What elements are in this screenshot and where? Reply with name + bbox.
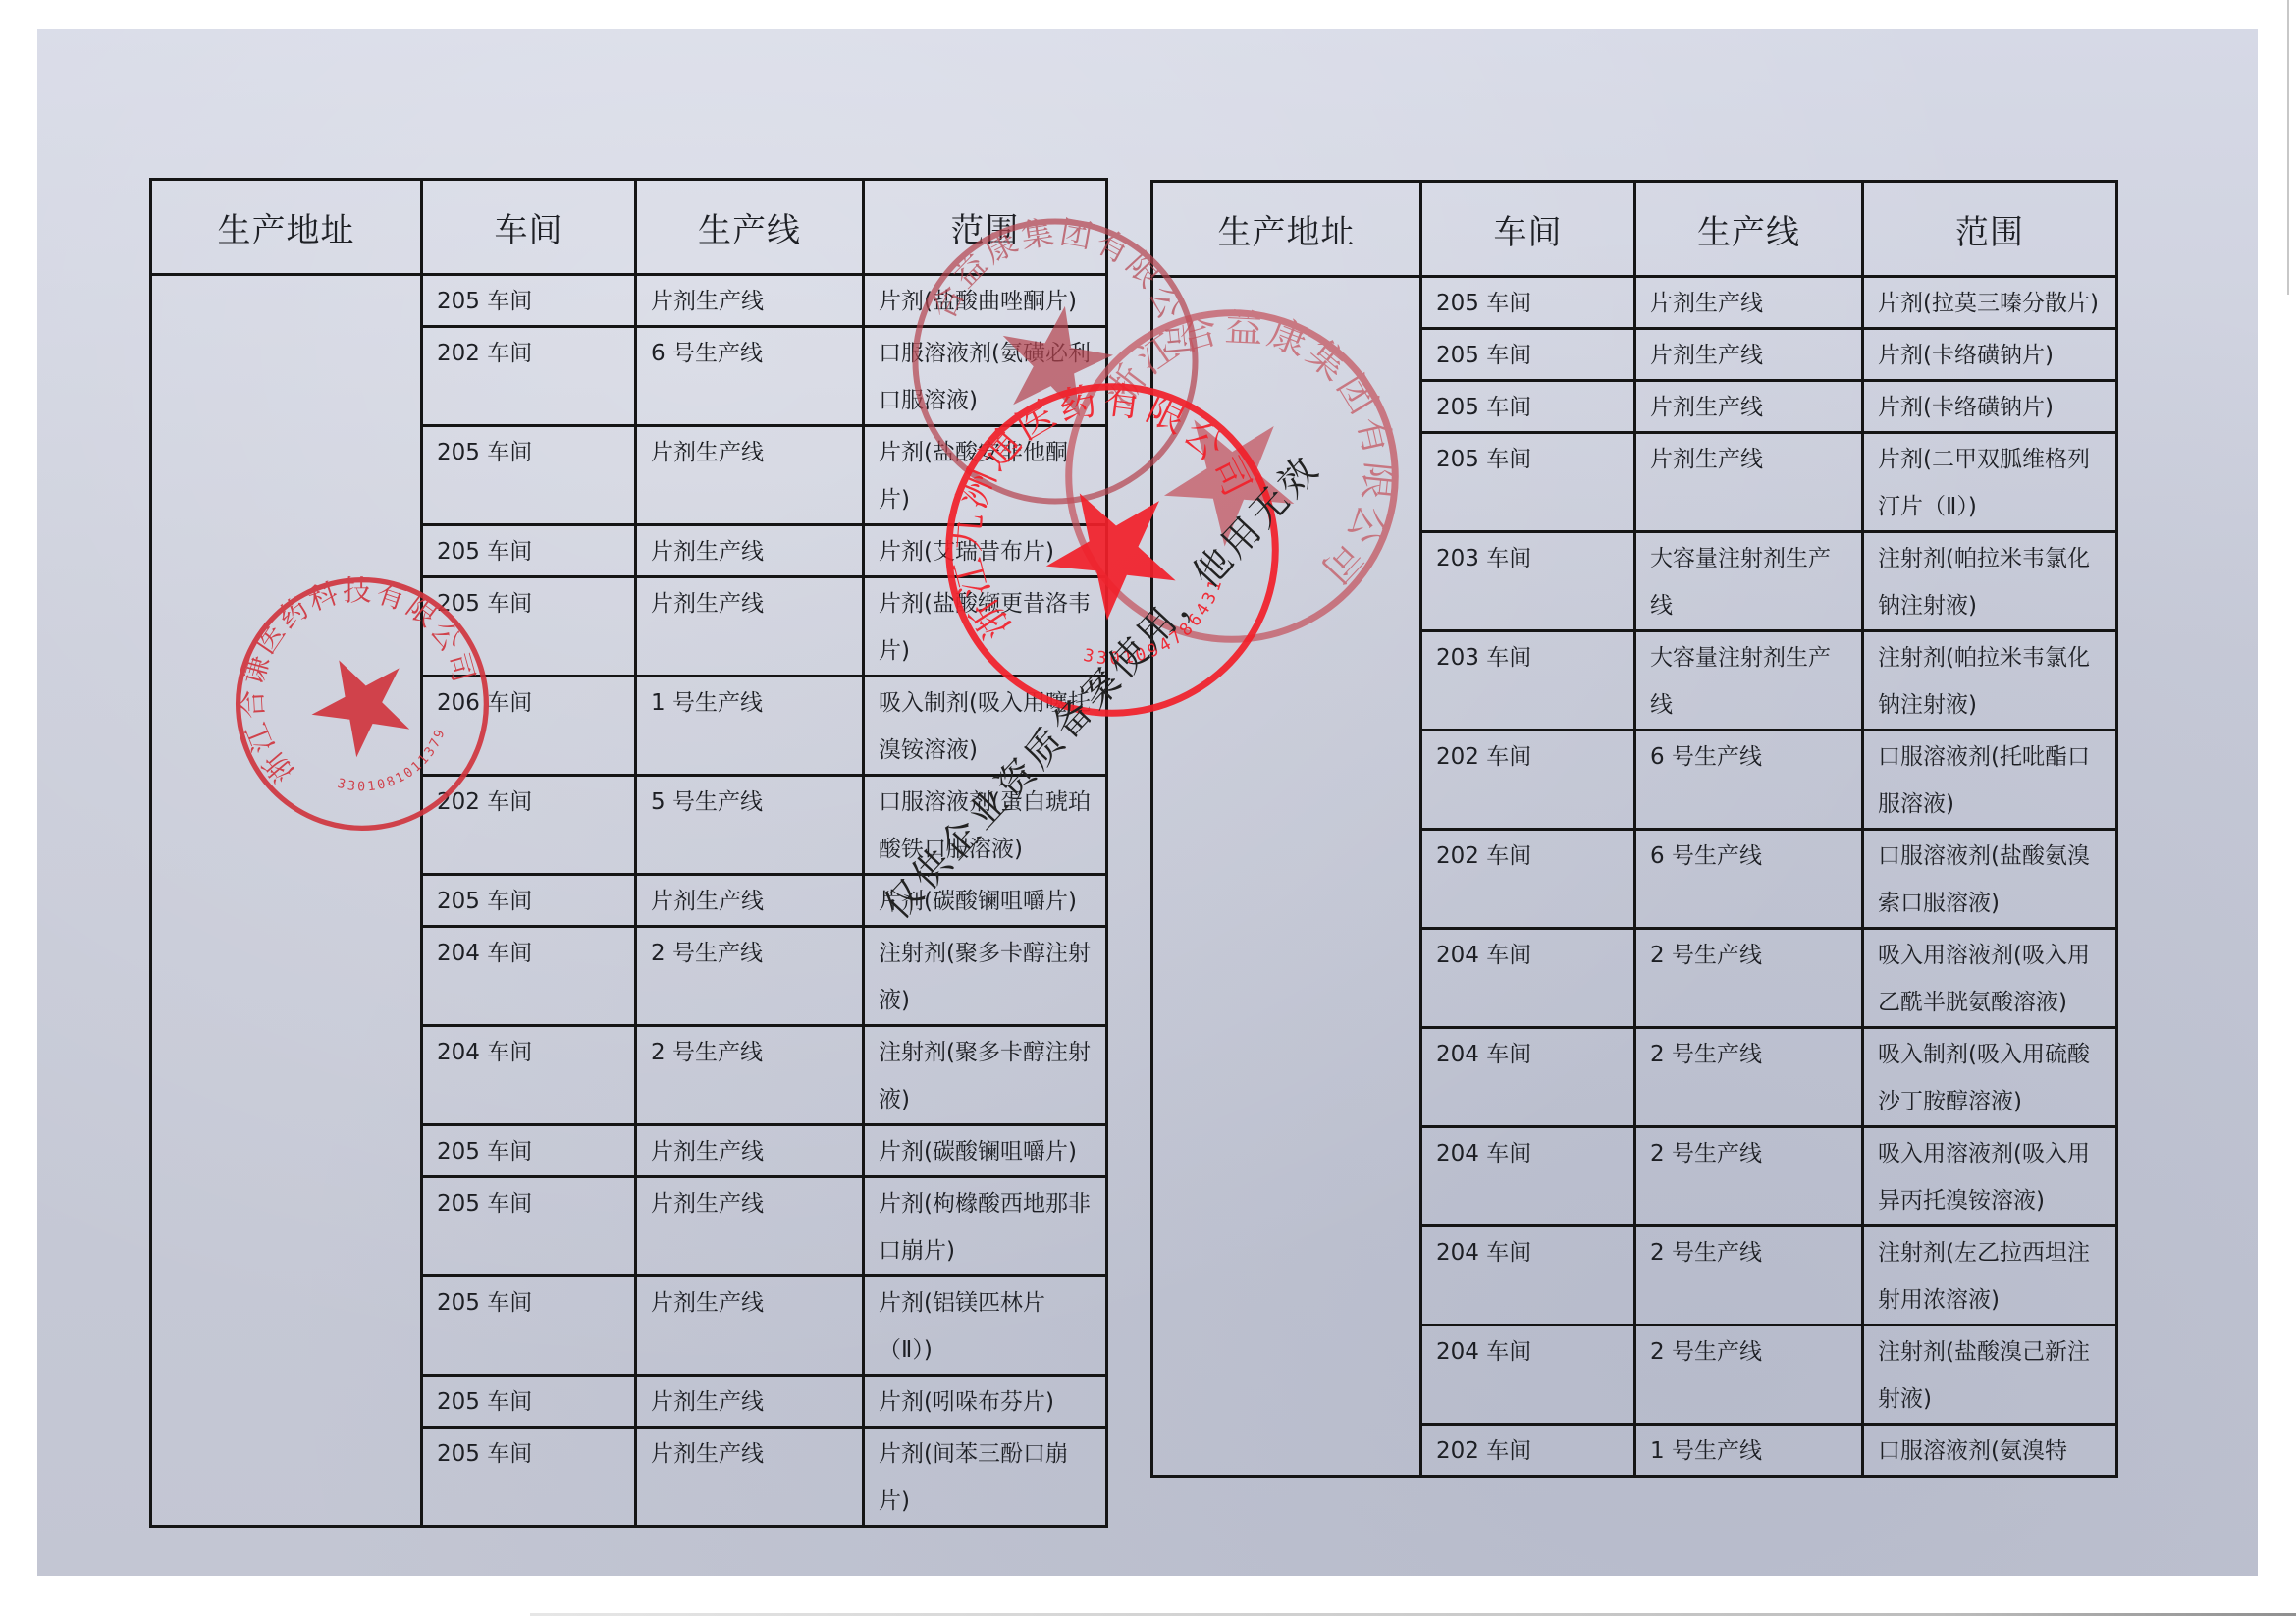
- workshop-cell: 204 车间: [1421, 1226, 1635, 1326]
- workshop-cell: 202 车间: [1421, 731, 1635, 830]
- workshop-cell: 205 车间: [422, 1125, 636, 1177]
- table-header-row: 生产地址 车间 生产线 范围: [151, 180, 1107, 275]
- production-scope-table-left: 生产地址 车间 生产线 范围 205 车间片剂生产线片剂(盐酸曲唑酮片)202 …: [149, 178, 1108, 1528]
- scope-cell: 口服溶液剂(蛋白琥珀酸铁口服溶液): [864, 776, 1107, 875]
- scope-cell: 注射剂(聚多卡醇注射液): [864, 1026, 1107, 1125]
- workshop-cell: 204 车间: [1421, 1028, 1635, 1127]
- workshop-cell: 204 车间: [1421, 1127, 1635, 1226]
- scope-cell: 吸入用溶液剂(吸入用乙酰半胱氨酸溶液): [1863, 929, 2117, 1028]
- scope-cell: 注射剂(左乙拉西坦注射用浓溶液): [1863, 1226, 2117, 1326]
- scope-cell: 口服溶液剂(氨磺必利口服溶液): [864, 327, 1107, 426]
- production-scope-table-right: 生产地址 车间 生产线 范围 205 车间片剂生产线片剂(拉莫三嗪分散片)205…: [1150, 180, 2118, 1478]
- scope-cell: 片剂(碳酸镧咀嚼片): [864, 1125, 1107, 1177]
- table-row: 205 车间片剂生产线片剂(拉莫三嗪分散片): [1152, 277, 2117, 329]
- scope-cell: 片剂(卡络磺钠片): [1863, 329, 2117, 381]
- production-line-cell: 片剂生产线: [636, 875, 864, 927]
- production-line-cell: 大容量注射剂生产线: [1635, 631, 1863, 731]
- scope-cell: 片剂(二甲双胍维格列汀片（Ⅱ）): [1863, 433, 2117, 532]
- scope-cell: 片剂(间苯三酚口崩片): [864, 1428, 1107, 1527]
- workshop-cell: 204 车间: [1421, 929, 1635, 1028]
- workshop-cell: 205 车间: [422, 525, 636, 577]
- scope-cell: 片剂(吲哚布芬片): [864, 1376, 1107, 1428]
- workshop-cell: 205 车间: [1421, 277, 1635, 329]
- workshop-cell: 202 车间: [422, 776, 636, 875]
- production-line-cell: 片剂生产线: [636, 1376, 864, 1428]
- header-scope: 范围: [864, 180, 1107, 275]
- production-line-cell: 片剂生产线: [636, 426, 864, 525]
- scan-bottom-edge: [530, 1613, 2296, 1616]
- production-line-cell: 2 号生产线: [1635, 1028, 1863, 1127]
- workshop-cell: 205 车间: [422, 275, 636, 327]
- workshop-cell: 202 车间: [422, 327, 636, 426]
- scope-cell: 片剂(碳酸镧咀嚼片): [864, 875, 1107, 927]
- scope-cell: 片剂(盐酸缬更昔洛韦片): [864, 577, 1107, 677]
- production-line-cell: 6 号生产线: [1635, 731, 1863, 830]
- production-line-cell: 片剂生产线: [1635, 433, 1863, 532]
- scope-cell: 片剂(盐酸安非他酮片): [864, 426, 1107, 525]
- scan-edge-line: [2287, 0, 2289, 295]
- production-line-cell: 2 号生产线: [1635, 1226, 1863, 1326]
- left-table-body: 205 车间片剂生产线片剂(盐酸曲唑酮片)202 车间6 号生产线口服溶液剂(氨…: [151, 275, 1107, 1527]
- workshop-cell: 205 车间: [422, 1177, 636, 1276]
- right-table-body: 205 车间片剂生产线片剂(拉莫三嗪分散片)205 车间片剂生产线片剂(卡络磺钠…: [1152, 277, 2117, 1477]
- header-production-line: 生产线: [1635, 182, 1863, 277]
- address-cell: [1152, 277, 1421, 1477]
- production-line-cell: 片剂生产线: [1635, 381, 1863, 433]
- header-address: 生产地址: [151, 180, 422, 275]
- scope-cell: 片剂(卡络磺钠片): [1863, 381, 2117, 433]
- workshop-cell: 203 车间: [1421, 631, 1635, 731]
- production-line-cell: 片剂生产线: [636, 1125, 864, 1177]
- production-line-cell: 6 号生产线: [636, 327, 864, 426]
- scope-cell: 吸入制剂(吸入用硫酸沙丁胺醇溶液): [1863, 1028, 2117, 1127]
- production-line-cell: 片剂生产线: [636, 525, 864, 577]
- header-address: 生产地址: [1152, 182, 1421, 277]
- scope-cell: 片剂(盐酸曲唑酮片): [864, 275, 1107, 327]
- scope-cell: 口服溶液剂(氨溴特: [1863, 1425, 2117, 1477]
- workshop-cell: 205 车间: [422, 1276, 636, 1376]
- production-line-cell: 片剂生产线: [636, 1177, 864, 1276]
- workshop-cell: 205 车间: [1421, 329, 1635, 381]
- table-header-row: 生产地址 车间 生产线 范围: [1152, 182, 2117, 277]
- header-workshop: 车间: [1421, 182, 1635, 277]
- workshop-cell: 205 车间: [422, 426, 636, 525]
- production-line-cell: 2 号生产线: [1635, 1326, 1863, 1425]
- workshop-cell: 205 车间: [422, 1428, 636, 1527]
- scope-cell: 注射剂(聚多卡醇注射液): [864, 927, 1107, 1026]
- production-line-cell: 片剂生产线: [1635, 277, 1863, 329]
- production-line-cell: 2 号生产线: [1635, 1127, 1863, 1226]
- workshop-cell: 204 车间: [1421, 1326, 1635, 1425]
- header-workshop: 车间: [422, 180, 636, 275]
- scope-cell: 片剂(铝镁匹林片（Ⅱ）): [864, 1276, 1107, 1376]
- workshop-cell: 205 车间: [422, 577, 636, 677]
- header-production-line: 生产线: [636, 180, 864, 275]
- scope-cell: 注射剂(帕拉米韦氯化钠注射液): [1863, 532, 2117, 631]
- production-line-cell: 片剂生产线: [1635, 329, 1863, 381]
- scope-cell: 注射剂(帕拉米韦氯化钠注射液): [1863, 631, 2117, 731]
- production-line-cell: 2 号生产线: [636, 927, 864, 1026]
- workshop-cell: 205 车间: [1421, 381, 1635, 433]
- workshop-cell: 206 车间: [422, 677, 636, 776]
- scope-cell: 片剂(枸橼酸西地那非口崩片): [864, 1177, 1107, 1276]
- production-line-cell: 片剂生产线: [636, 1428, 864, 1527]
- scope-cell: 口服溶液剂(托吡酯口服溶液): [1863, 731, 2117, 830]
- workshop-cell: 204 车间: [422, 1026, 636, 1125]
- workshop-cell: 205 车间: [422, 875, 636, 927]
- production-line-cell: 2 号生产线: [636, 1026, 864, 1125]
- table-row: 205 车间片剂生产线片剂(盐酸曲唑酮片): [151, 275, 1107, 327]
- workshop-cell: 205 车间: [1421, 433, 1635, 532]
- workshop-cell: 205 车间: [422, 1376, 636, 1428]
- workshop-cell: 204 车间: [422, 927, 636, 1026]
- scope-cell: 注射剂(盐酸溴己新注射液): [1863, 1326, 2117, 1425]
- workshop-cell: 202 车间: [1421, 830, 1635, 929]
- production-line-cell: 1 号生产线: [636, 677, 864, 776]
- production-line-cell: 5 号生产线: [636, 776, 864, 875]
- address-cell: [151, 275, 422, 1527]
- scope-cell: 吸入制剂(吸入用噻托溴铵溶液): [864, 677, 1107, 776]
- scope-cell: 片剂(拉莫三嗪分散片): [1863, 277, 2117, 329]
- production-line-cell: 片剂生产线: [636, 577, 864, 677]
- production-line-cell: 片剂生产线: [636, 275, 864, 327]
- scope-cell: 片剂(艾瑞昔布片): [864, 525, 1107, 577]
- production-line-cell: 1 号生产线: [1635, 1425, 1863, 1477]
- header-scope: 范围: [1863, 182, 2117, 277]
- scope-cell: 口服溶液剂(盐酸氨溴索口服溶液): [1863, 830, 2117, 929]
- workshop-cell: 202 车间: [1421, 1425, 1635, 1477]
- production-line-cell: 大容量注射剂生产线: [1635, 532, 1863, 631]
- workshop-cell: 203 车间: [1421, 532, 1635, 631]
- scope-cell: 吸入用溶液剂(吸入用异丙托溴铵溶液): [1863, 1127, 2117, 1226]
- production-line-cell: 片剂生产线: [636, 1276, 864, 1376]
- production-line-cell: 2 号生产线: [1635, 929, 1863, 1028]
- production-line-cell: 6 号生产线: [1635, 830, 1863, 929]
